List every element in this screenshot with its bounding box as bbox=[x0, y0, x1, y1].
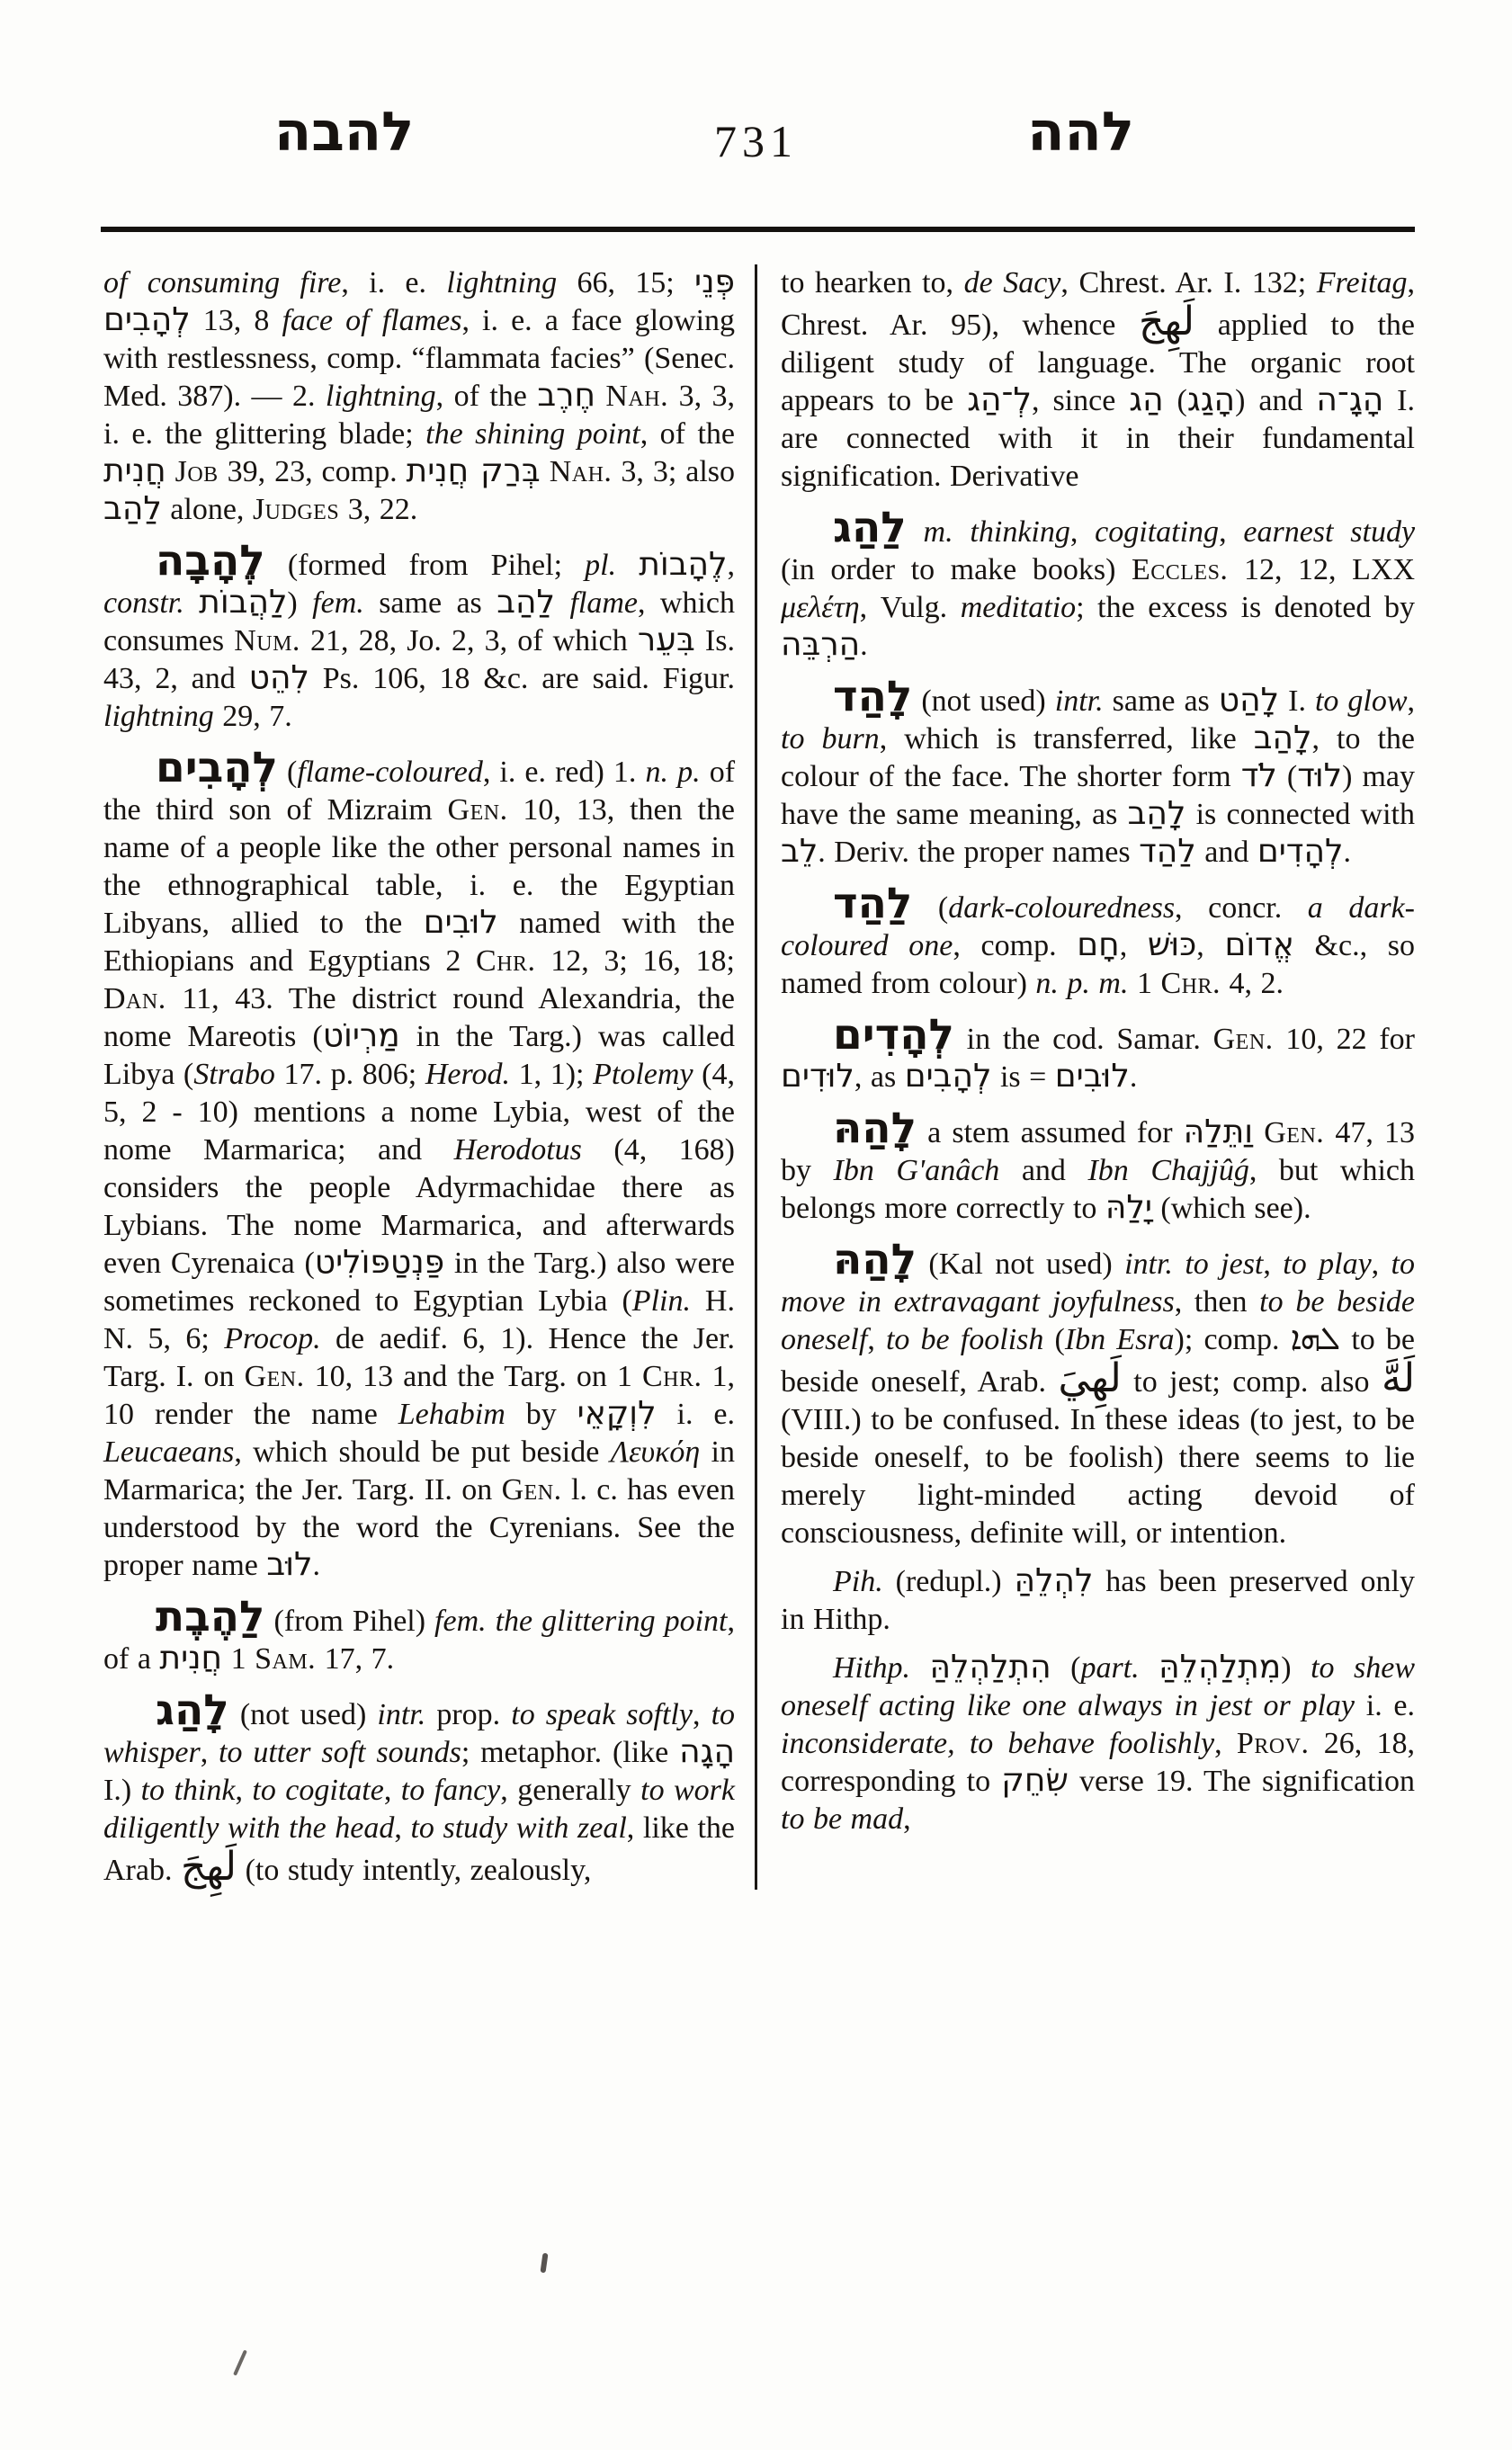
ink-speck bbox=[540, 2253, 548, 2274]
plain-text: ( bbox=[1043, 1323, 1064, 1356]
plain-text: . bbox=[860, 629, 868, 662]
italic-text: constr. bbox=[103, 586, 184, 620]
plain-text: I. bbox=[1279, 684, 1315, 718]
plain-text: prop. bbox=[425, 1698, 511, 1731]
plain-text: ) and bbox=[1235, 384, 1316, 417]
entry-paragraph: לַהֶבֶת (from Pihel) fem. the glittering… bbox=[103, 1596, 735, 1678]
italic-text: Procop. bbox=[224, 1322, 320, 1355]
hebrew-text: לְהָבִים bbox=[905, 1058, 992, 1095]
plain-text: , bbox=[693, 1698, 711, 1731]
hebrew-headword: לְהָבִים bbox=[156, 743, 278, 792]
hebrew-text: מַרְיוֹט bbox=[323, 1017, 400, 1054]
italic-text: Ibn G'anâch bbox=[834, 1154, 1000, 1187]
hebrew-text: לִהֵט bbox=[249, 659, 309, 696]
reference-abbrev: Chr. bbox=[1160, 967, 1221, 1000]
running-head-right: להה bbox=[1027, 101, 1134, 164]
hebrew-headword: לָהַג bbox=[156, 1685, 229, 1735]
hebrew-text: מִתְלַהְלֵהַּ bbox=[1159, 1649, 1281, 1685]
plain-text: , bbox=[903, 1802, 911, 1836]
reference-abbrev: Gen. bbox=[502, 1473, 562, 1507]
plain-text: , Chrest. Ar. I. 132; bbox=[1060, 266, 1316, 300]
plain-text bbox=[166, 455, 175, 488]
plain-text: , bbox=[1196, 929, 1224, 962]
italic-text: n. p. bbox=[646, 756, 701, 789]
entry-paragraph: to hearken to, de Sacy, Chrest. Ar. I. 1… bbox=[781, 264, 1415, 496]
plain-text: (not used) bbox=[229, 1698, 378, 1731]
arabic-text: لَهِيَ bbox=[1058, 1355, 1121, 1401]
italic-text: Herod. bbox=[425, 1058, 510, 1091]
italic-text: flame bbox=[569, 586, 638, 620]
plain-text: 10, 22 for bbox=[1274, 1023, 1415, 1056]
entry-paragraph: Hithp. הִתְלַהְלֵהַּ (part. מִתְלַהְלֵהַ… bbox=[781, 1650, 1415, 1838]
reference-abbrev: Gen. bbox=[1213, 1023, 1274, 1056]
text-columns: of consuming fire, i. e. lightning 66, 1… bbox=[103, 264, 1415, 1890]
plain-text: ( bbox=[278, 756, 297, 789]
plain-text: 12, 3; 16, 18; bbox=[536, 944, 735, 978]
italic-text: Herodotus bbox=[454, 1133, 582, 1167]
plain-text: , comp. bbox=[953, 929, 1077, 962]
plain-text: , bbox=[1372, 1247, 1391, 1281]
hebrew-headword: לֶהָבָה bbox=[156, 536, 265, 586]
italic-text: fem. bbox=[434, 1605, 487, 1638]
hebrew-headword: לָהַהּ bbox=[833, 1235, 917, 1284]
plain-text: . bbox=[1343, 836, 1351, 869]
hebrew-text: לַהַב bbox=[103, 490, 162, 527]
hebrew-text: הַרְבֵּה bbox=[781, 626, 860, 663]
entry-paragraph: לַהַד (dark-colouredness, concr. a dark-… bbox=[781, 882, 1415, 1003]
plain-text: 13, 8 bbox=[191, 304, 282, 337]
plain-text: , as bbox=[854, 1060, 905, 1094]
plain-text: to hearken to, bbox=[781, 266, 964, 300]
italic-text: Plin. bbox=[632, 1284, 691, 1318]
reference-abbrev: Sam. bbox=[255, 1642, 316, 1676]
plain-text: (redupl.) bbox=[883, 1565, 1015, 1598]
italic-text: of consuming fire bbox=[103, 266, 341, 300]
syriac-text: ܠܗܐ bbox=[1291, 1320, 1341, 1357]
plain-text: 17. p. 806; bbox=[275, 1058, 425, 1091]
plain-text: , i. e. bbox=[341, 266, 446, 300]
italic-text: to be mad bbox=[781, 1802, 903, 1836]
hebrew-text: לְהָדִים bbox=[1257, 833, 1344, 870]
hebrew-text: לִוְקָאֵי bbox=[577, 1395, 657, 1432]
reference-abbrev: Job bbox=[175, 455, 219, 488]
dictionary-page: להבה 731 להה of consuming fire, i. e. li… bbox=[0, 0, 1512, 2450]
italic-text: de Sacy bbox=[964, 266, 1061, 300]
plain-text: (from Pihel) bbox=[265, 1605, 435, 1638]
header-rule bbox=[101, 227, 1415, 232]
plain-text: is = bbox=[991, 1060, 1054, 1094]
plain-text bbox=[555, 586, 569, 620]
plain-text: ; the excess is denoted by bbox=[1076, 591, 1415, 624]
italic-text: lightning bbox=[103, 700, 214, 733]
arabic-text: لَهَّ bbox=[1382, 1355, 1415, 1401]
italic-text: n. p. m. bbox=[1035, 967, 1128, 1000]
italic-text: thinking bbox=[970, 515, 1069, 549]
reference-abbrev: Gen. bbox=[448, 793, 508, 827]
plain-text: , Vulg. bbox=[860, 591, 961, 624]
plain-text: , of the bbox=[436, 380, 538, 413]
plain-text: by bbox=[505, 1398, 577, 1431]
greek-text: Λευκόη bbox=[611, 1435, 701, 1469]
plain-text: 66, 15; bbox=[557, 266, 694, 300]
plain-text: 3, 3; also bbox=[612, 455, 735, 488]
hebrew-text: בְּרַק חֲנִית bbox=[407, 452, 541, 489]
reference-abbrev: Prov. bbox=[1237, 1727, 1310, 1760]
italic-text: Ibn Esra bbox=[1065, 1323, 1175, 1356]
plain-text bbox=[953, 515, 971, 549]
italic-text: Pih. bbox=[833, 1565, 883, 1598]
hebrew-text: בִּעֵר bbox=[638, 621, 695, 658]
italic-text: Ibn Chajjûǵ bbox=[1087, 1154, 1248, 1187]
hebrew-text: לַהַד bbox=[1139, 833, 1196, 870]
plain-text: , generally bbox=[500, 1774, 640, 1807]
entry-paragraph: לְהָבִים (flame-coloured, i. e. red) 1. … bbox=[103, 747, 735, 1585]
plain-text: ); comp. bbox=[1175, 1323, 1291, 1356]
hebrew-text: לֶהָבוֹת bbox=[639, 546, 727, 583]
plain-text: 1, 1); bbox=[510, 1058, 593, 1091]
hebrew-headword: לְהָדִים bbox=[833, 1010, 954, 1060]
plain-text: , bbox=[384, 1774, 401, 1807]
italic-text: dark-colouredness bbox=[948, 891, 1175, 925]
reference-abbrev: Nah. bbox=[550, 455, 613, 488]
italic-text: pl. bbox=[585, 549, 616, 582]
plain-text: , which should be put beside bbox=[234, 1435, 610, 1469]
plain-text: , concr. bbox=[1175, 891, 1308, 925]
hebrew-headword: לַהַד bbox=[833, 879, 912, 928]
italic-text: intr. bbox=[377, 1698, 425, 1731]
hebrew-headword: לָהַד bbox=[833, 672, 912, 721]
entry-paragraph: לְהָדִים in the cod. Samar. Gen. 10, 22 … bbox=[781, 1014, 1415, 1096]
plain-text: ) bbox=[287, 586, 312, 620]
plain-text: alone, bbox=[162, 493, 253, 526]
plain-text: (which see). bbox=[1152, 1192, 1311, 1225]
arabic-text: لَهِجَ bbox=[1139, 299, 1194, 344]
hebrew-text: וַתֵּלַהּ bbox=[1184, 1113, 1253, 1150]
hebrew-text: לוּדִים bbox=[781, 1058, 854, 1095]
hebrew-text: יָלַהּ bbox=[1105, 1189, 1152, 1226]
plain-text: ( bbox=[1164, 384, 1187, 417]
hebrew-text: לָהַב bbox=[1128, 795, 1186, 832]
hebrew-text: לוּבִים bbox=[424, 904, 498, 941]
left-column: of consuming fire, i. e. lightning 66, 1… bbox=[103, 264, 757, 1890]
reference-abbrev: Num. bbox=[234, 624, 300, 657]
reference-abbrev: Chr. bbox=[642, 1360, 702, 1393]
entry-paragraph: לָהַהּ (Kal not used) intr. to jest, to … bbox=[781, 1238, 1415, 1552]
plain-text bbox=[1140, 1651, 1159, 1685]
hebrew-text: לָהַט bbox=[1219, 682, 1279, 719]
plain-text: 4, 2. bbox=[1221, 967, 1284, 1000]
hebrew-text: הַג bbox=[1129, 381, 1163, 418]
plain-text bbox=[487, 1605, 496, 1638]
plain-text: same as bbox=[1104, 684, 1219, 718]
italic-text: to speak softly bbox=[511, 1698, 693, 1731]
plain-text: ( bbox=[912, 891, 948, 925]
hebrew-text: לוּב bbox=[266, 1546, 312, 1583]
italic-text: to fancy bbox=[401, 1774, 501, 1807]
entry-paragraph: לָהַד (not used) intr. same as לָהַט I. … bbox=[781, 675, 1415, 872]
plain-text: , bbox=[201, 1736, 219, 1769]
plain-text: (to study intently, zealously, bbox=[237, 1854, 591, 1887]
plain-text: , bbox=[235, 1774, 252, 1807]
hebrew-text: חֲנִית bbox=[159, 1640, 222, 1677]
italic-text: Freitag bbox=[1317, 266, 1408, 300]
reference-abbrev: Eccles. bbox=[1132, 553, 1228, 586]
reference-abbrev: Dan. bbox=[103, 982, 166, 1015]
plain-text: 1 bbox=[222, 1642, 255, 1676]
italic-text: to jest bbox=[1185, 1247, 1263, 1281]
plain-text: , bbox=[1070, 515, 1095, 549]
italic-text: intr. bbox=[1124, 1247, 1173, 1281]
entry-paragraph: לֶהָבָה (formed from Pihel; pl. לֶהָבוֹת… bbox=[103, 540, 735, 736]
plain-text bbox=[541, 455, 550, 488]
italic-text: inconsiderate, to behave foolishly bbox=[781, 1727, 1214, 1760]
plain-text: (Kal not used) bbox=[917, 1247, 1124, 1281]
italic-text: the glittering point bbox=[496, 1605, 728, 1638]
entry-paragraph: of consuming fire, i. e. lightning 66, 1… bbox=[103, 264, 735, 529]
plain-text: , bbox=[1120, 929, 1148, 962]
plain-text: in the cod. Samar. bbox=[954, 1023, 1213, 1056]
hebrew-text: חֶרֶב bbox=[537, 377, 595, 414]
plain-text: 12, 12, LXX bbox=[1228, 553, 1415, 586]
italic-text: to play bbox=[1283, 1247, 1371, 1281]
plain-text: 21, 28, Jo. 2, 3, of which bbox=[300, 624, 638, 657]
entry-paragraph: לַהַג m. thinking, cogitating, earnest s… bbox=[781, 506, 1415, 665]
plain-text: . Deriv. the proper names bbox=[818, 836, 1139, 869]
plain-text bbox=[1253, 1116, 1264, 1149]
hebrew-headword: לָהַהּ bbox=[833, 1104, 917, 1153]
plain-text: , bbox=[1219, 515, 1243, 549]
italic-text: cogitating bbox=[1095, 515, 1219, 549]
plain-text: 10, 13 and the Targ. on 1 bbox=[305, 1360, 642, 1393]
italic-text: face of flames bbox=[282, 304, 461, 337]
plain-text: , i. e. red) 1. bbox=[483, 756, 646, 789]
hebrew-headword: לַהֶבֶת bbox=[156, 1592, 265, 1641]
italic-text: to study with zeal bbox=[410, 1811, 626, 1845]
plain-text: and bbox=[1196, 836, 1257, 869]
plain-text: to jest; comp. also bbox=[1122, 1365, 1382, 1399]
italic-text: to think bbox=[141, 1774, 236, 1807]
hebrew-text: לְ־הַג bbox=[967, 381, 1032, 418]
hebrew-headword: לַהַג bbox=[833, 503, 907, 552]
hebrew-text: לָהַב bbox=[1254, 720, 1312, 756]
hebrew-text: לִהְלֵהַּ bbox=[1014, 1562, 1093, 1599]
reference-abbrev: Chr. bbox=[476, 944, 536, 978]
hebrew-text: לַהַב bbox=[497, 584, 555, 621]
plain-text bbox=[595, 380, 605, 413]
hebrew-text: חָם bbox=[1077, 926, 1119, 963]
plain-text: same as bbox=[364, 586, 497, 620]
plain-text: . bbox=[1130, 1060, 1138, 1094]
entry-paragraph: לָהַג (not used) intr. prop. to speak so… bbox=[103, 1689, 735, 1890]
plain-text: 39, 23, comp. bbox=[219, 455, 407, 488]
plain-text: verse 19. The signification bbox=[1069, 1765, 1415, 1798]
right-column: to hearken to, de Sacy, Chrest. Ar. I. 1… bbox=[757, 264, 1415, 1890]
plain-text bbox=[907, 515, 924, 549]
plain-text: Ps. 106, 18 &c. are said. Figur. bbox=[309, 662, 735, 695]
italic-text: meditatio bbox=[961, 591, 1076, 624]
italic-text: Ptolemy bbox=[593, 1058, 693, 1091]
entry-paragraph: לָהַהּ a stem assumed for וַתֵּלַהּ Gen.… bbox=[781, 1107, 1415, 1228]
hebrew-text: לֵב bbox=[781, 833, 818, 870]
plain-text: a stem assumed for bbox=[917, 1116, 1184, 1149]
hebrew-text: הָגָ־ה bbox=[1316, 381, 1383, 418]
plain-text: (VIII.) to be confused. In these ideas (… bbox=[781, 1403, 1415, 1550]
plain-text: . bbox=[312, 1549, 320, 1582]
italic-text: to cogitate bbox=[252, 1774, 383, 1807]
hebrew-text: אֱדוֹם bbox=[1224, 926, 1293, 963]
plain-text: 3, 22. bbox=[339, 493, 417, 526]
hebrew-text: הָגַג bbox=[1187, 381, 1235, 418]
plain-text bbox=[910, 1651, 930, 1685]
plain-text: , bbox=[867, 1323, 886, 1356]
plain-text: , bbox=[394, 1811, 410, 1845]
plain-text: ( bbox=[1051, 1651, 1081, 1685]
plain-text: , bbox=[1214, 1727, 1237, 1760]
italic-text: to utter soft sounds bbox=[219, 1736, 461, 1769]
plain-text: , bbox=[1408, 684, 1416, 718]
hebrew-text: כּוּשׁ bbox=[1148, 926, 1196, 963]
plain-text: and bbox=[999, 1154, 1087, 1187]
page-number: 731 bbox=[0, 115, 1512, 167]
greek-text: μελέτη bbox=[781, 591, 860, 624]
italic-text: earnest study bbox=[1243, 515, 1415, 549]
italic-text: Lehabim bbox=[398, 1398, 505, 1431]
italic-text: Hithp. bbox=[833, 1651, 910, 1685]
plain-text: i. e. bbox=[1355, 1689, 1415, 1722]
italic-text: m. bbox=[924, 515, 953, 549]
ink-speck bbox=[233, 2349, 247, 2375]
plain-text: , since bbox=[1032, 384, 1129, 417]
italic-text: flame-coloured bbox=[297, 756, 482, 789]
hebrew-text: פַּנְטַפּוֹלִיט bbox=[315, 1244, 444, 1281]
italic-text: intr. bbox=[1055, 684, 1104, 718]
hebrew-text: חֲנִית bbox=[103, 452, 166, 489]
plain-text: (in order to make books) bbox=[781, 553, 1132, 586]
italic-text: to burn bbox=[781, 722, 880, 756]
italic-text: the shining point bbox=[425, 417, 640, 451]
reference-abbrev: Gen. bbox=[245, 1360, 305, 1393]
italic-text: to be foolish bbox=[886, 1323, 1043, 1356]
plain-text: i. e. bbox=[657, 1398, 735, 1431]
italic-text: Strabo bbox=[193, 1058, 275, 1091]
plain-text: 1 bbox=[1128, 967, 1160, 1000]
italic-text: to glow bbox=[1315, 684, 1408, 718]
plain-text: (not used) bbox=[912, 684, 1054, 718]
plain-text: 17, 7. bbox=[316, 1642, 394, 1676]
hebrew-text: לַהֲבוֹת bbox=[199, 584, 287, 621]
plain-text bbox=[184, 586, 199, 620]
hebrew-text: לוּבִים bbox=[1055, 1058, 1130, 1095]
plain-text: , bbox=[1263, 1247, 1283, 1281]
entry-paragraph: Pih. (redupl.) לִהְלֵהַּ has been preser… bbox=[781, 1563, 1415, 1639]
plain-text: is connected with bbox=[1185, 798, 1415, 831]
italic-text: fem. bbox=[312, 586, 364, 620]
italic-text: part. bbox=[1080, 1651, 1139, 1685]
plain-text: ; metaphor. (like bbox=[461, 1736, 679, 1769]
plain-text: ( bbox=[1277, 760, 1297, 793]
italic-text: lightning bbox=[326, 380, 436, 413]
plain-text: I.) bbox=[103, 1774, 141, 1807]
plain-text: , of the bbox=[640, 417, 735, 451]
plain-text: , then bbox=[1175, 1285, 1259, 1319]
hebrew-text: לוּד bbox=[1297, 757, 1342, 794]
italic-text: lightning bbox=[446, 266, 557, 300]
hebrew-text: שִׂחֵק bbox=[1001, 1762, 1069, 1799]
plain-text: ) bbox=[1281, 1651, 1311, 1685]
plain-text: (formed from Pihel; bbox=[265, 549, 585, 582]
arabic-text: لَهِجَ bbox=[181, 1844, 237, 1890]
italic-text: Leucaeans bbox=[103, 1435, 234, 1469]
reference-abbrev: Gen. bbox=[1264, 1116, 1324, 1149]
hebrew-text: הִתְלַהְלֵהַּ bbox=[929, 1649, 1051, 1685]
plain-text: , bbox=[728, 549, 736, 582]
hebrew-text: לֹד bbox=[1241, 757, 1277, 794]
plain-text: 29, 7. bbox=[214, 700, 292, 733]
plain-text bbox=[616, 549, 639, 582]
reference-abbrev: Judges bbox=[253, 493, 339, 526]
plain-text bbox=[1173, 1247, 1185, 1281]
reference-abbrev: Nah. bbox=[605, 380, 668, 413]
plain-text: , which is transferred, like bbox=[880, 722, 1254, 756]
hebrew-text: הָגָה bbox=[679, 1733, 735, 1770]
